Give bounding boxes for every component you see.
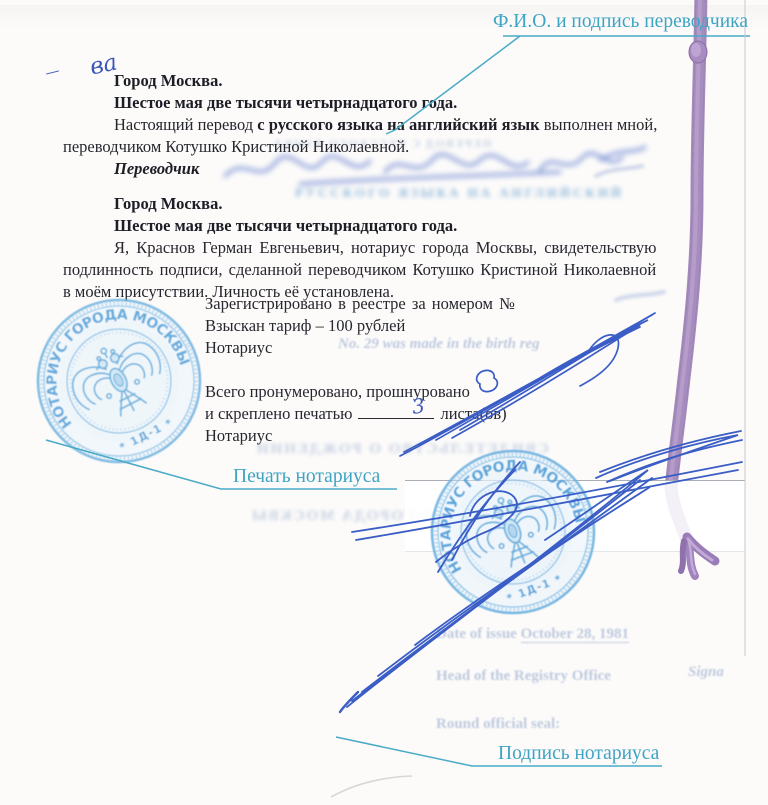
annotation-seal-label: Печать нотариуса [233,466,380,488]
ink-layer: НОТАРИУС ГОРОДА МОСКВЫ * 1Д-1 * [0,0,768,805]
notary-seal-stamp-2 [408,427,617,636]
translator-signature-blurred [225,147,645,184]
scanned-notary-document: ПЕРЕВОД С РУССКОГО ЯЗЫКА No. 29 was made… [0,0,768,805]
annotation-translator-label: Ф.И.О. и подпись переводчика [493,11,748,33]
annotation-signature-label: Подпись нотариуса [498,743,659,765]
page-curl-shadow [331,776,412,797]
notary-seal-stamp-1 [10,272,228,490]
callout-line-translator [386,36,520,134]
notary-signature-upper [400,313,655,456]
thread-ends [681,537,715,576]
